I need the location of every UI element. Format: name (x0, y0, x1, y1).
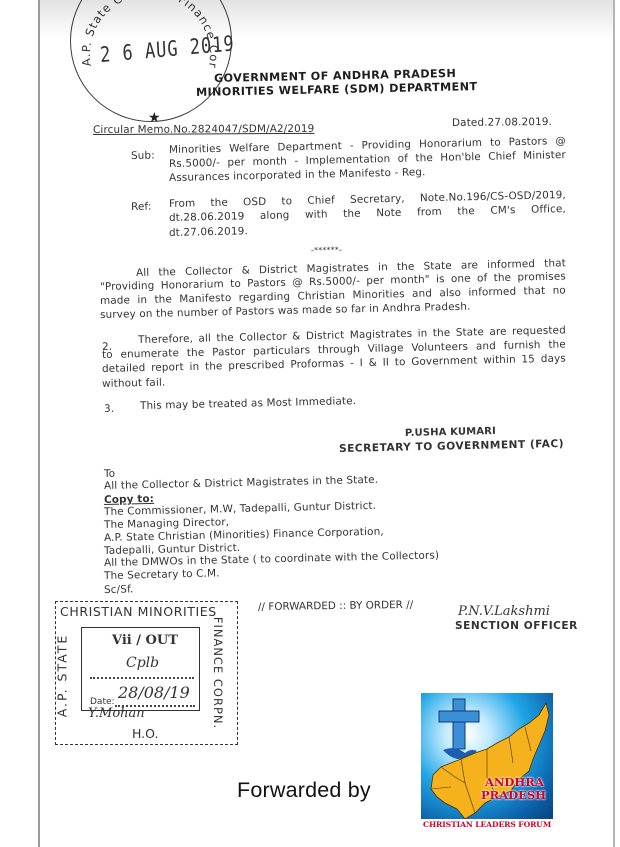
christian-leaders-forum-logo: ANDHRA PRADESH CHRISTIAN LEADERS FORUM (421, 693, 553, 831)
stamp-left-text: A.P. STATE (54, 634, 69, 718)
forwarded-by-order: // FORWARDED :: BY ORDER // (258, 599, 413, 613)
page-edge-right (613, 0, 615, 847)
to-recipient: All the Collector & District Magistrates… (104, 474, 378, 492)
logo-banner-text: CHRISTIAN LEADERS FORUM (423, 820, 551, 829)
stamp-inward-label: Vii / OUT (112, 633, 178, 648)
reference-line-3: dt.27.06.2019. (169, 225, 248, 239)
stamp-title: CHRISTIAN MINORITIES (60, 604, 217, 619)
logo-text-andhra: ANDHRA (485, 775, 544, 789)
separator: -******- (311, 245, 342, 255)
stamp-right-text: FINANCE CORPN. (211, 617, 225, 729)
stamp-bottom-text: H.O. (132, 726, 158, 741)
memo-date: Dated.27.08.2019. (452, 116, 552, 129)
stamp-handwritten-number: Cplb (126, 655, 159, 671)
para2-line-4: without fail. (102, 377, 166, 390)
memo-number: Circular Memo.No.2824047/SDM/A2/2019 (93, 123, 314, 136)
reference-label: Ref: (131, 201, 152, 213)
logo-text-pradesh: PRADESH (481, 788, 546, 802)
copy-item: Sc/Sf. (104, 583, 134, 596)
para3-text: This may be treated as Most Immediate. (140, 395, 356, 412)
logo-artwork (421, 693, 553, 831)
section-officer-signature: P.N.V.Lakshmi (458, 604, 550, 619)
stamp-dotted-line (90, 677, 194, 679)
section-officer-title: SENCTION OFFICER (455, 620, 578, 632)
forwarded-by-text: Forwarded by (237, 778, 371, 803)
stamp-handwritten-signature: Y.Mohan (88, 706, 145, 721)
stamp-handwritten-date: 28/08/19 (118, 683, 190, 702)
page-edge-left (38, 0, 40, 847)
signatory-name: P.USHA KUMARI (405, 426, 496, 439)
copy-item: The Secretary to C.M. (104, 567, 220, 582)
to-label: To (104, 468, 116, 480)
subject-label: Sub: (131, 149, 155, 162)
signatory-title: SECRETARY TO GOVERNMENT (FAC) (339, 438, 564, 455)
para3-number: 3. (104, 403, 114, 415)
